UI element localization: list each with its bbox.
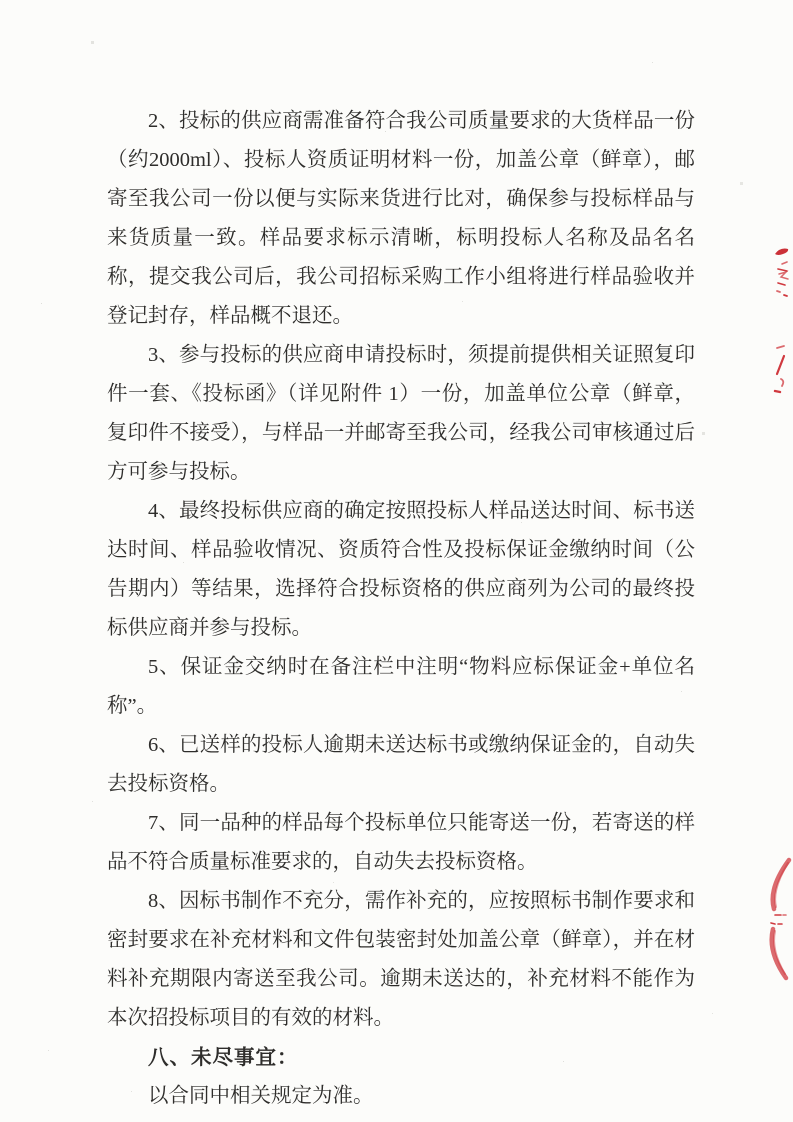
- red-seal-arc-bottom: [761, 857, 793, 981]
- paragraph-item-8: 8、因标书制作不充分，需作补充的，应按照标书制作要求和密封要求在补充材料和文件包…: [107, 882, 695, 1038]
- paper-noise: [0, 0, 1, 1]
- paragraph-item-5: 5、保证金交纳时在备注栏中注明“物料应标保证金+单位名称”。: [107, 648, 695, 726]
- closing-line: 以合同中相关规定为准。: [107, 1077, 695, 1116]
- document-page: 2、投标的供应商需准备符合我公司质量要求的大货样品一份（约2000ml）、投标人…: [0, 0, 793, 1122]
- document-text: 2、投标的供应商需准备符合我公司质量要求的大货样品一份（约2000ml）、投标人…: [107, 102, 695, 1116]
- paragraph-item-2: 2、投标的供应商需准备符合我公司质量要求的大货样品一份（约2000ml）、投标人…: [107, 102, 695, 336]
- red-seal-fragment-middle: [771, 341, 791, 397]
- paragraph-item-7: 7、同一品种的样品每个投标单位只能寄送一份，若寄送的样品不符合质量标准要求的，自…: [107, 804, 695, 882]
- paragraph-item-4: 4、最终投标供应商的确定按照投标人样品送达时间、标书送达时间、样品验收情况、资质…: [107, 492, 695, 648]
- paragraph-item-3: 3、参与投标的供应商申请投标时，须提前提供相关证照复印件一套、《投标函》（详见附…: [107, 336, 695, 492]
- section-heading: 八、未尽事宜：: [107, 1038, 695, 1077]
- red-seal-fragment-top: [769, 245, 793, 305]
- paragraph-item-6: 6、已送样的投标人逾期未送达标书或缴纳保证金的，自动失去投标资格。: [107, 726, 695, 804]
